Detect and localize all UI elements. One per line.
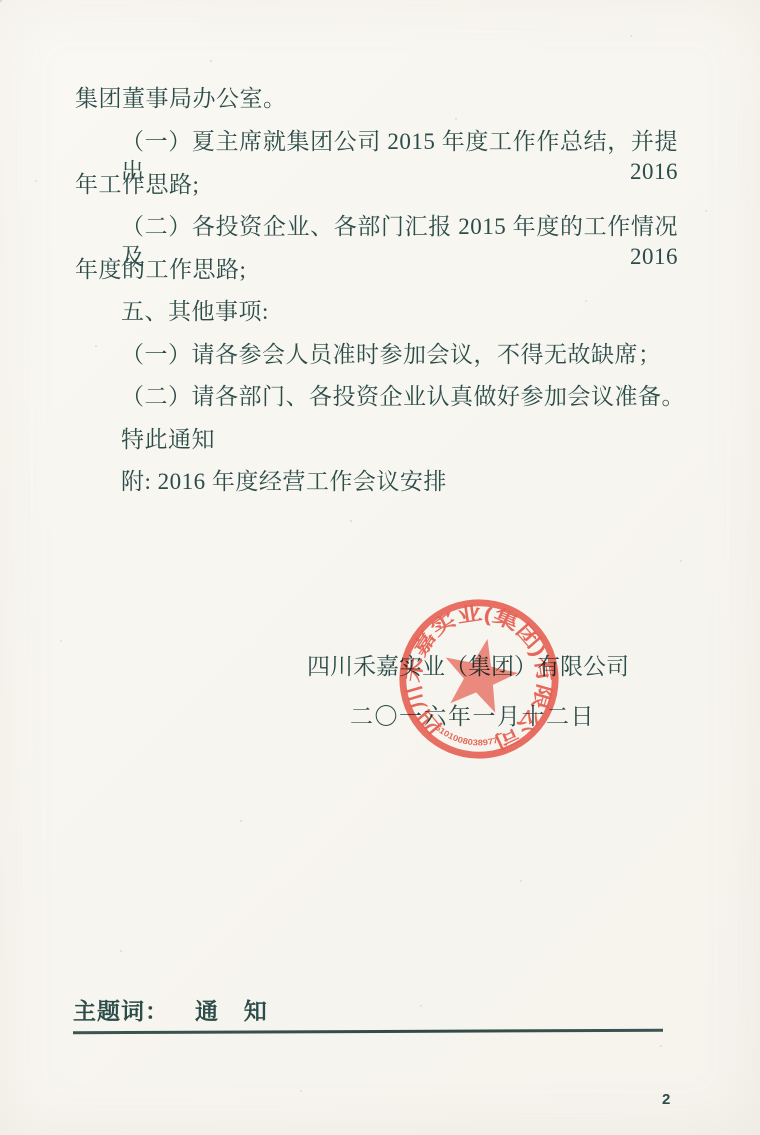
body-line: （二）请各部门、各投资企业认真做好参加会议准备。 xyxy=(121,382,685,412)
seal-star-icon xyxy=(437,631,524,716)
body-line: 附: 2016 年度经营工作会议安排 xyxy=(121,467,447,497)
body-line: 年工作思路; xyxy=(75,170,199,200)
body-line: 特此通知 xyxy=(121,425,215,455)
body-line: 年度的工作思路; xyxy=(75,255,246,285)
body-line: （一）夏主席就集团公司 2015 年度工作作总结，并提出 2016 xyxy=(121,127,678,187)
page-number: 2 xyxy=(662,1091,670,1108)
subject-word-row: 主题词：通 知 xyxy=(73,993,277,1026)
body-line: （一）请各参会人员准时参加会议，不得无故缺席； xyxy=(121,340,662,370)
subject-word-label: 主题词： xyxy=(73,999,169,1024)
body-line: 集团董事局办公室。 xyxy=(75,84,287,114)
company-seal-stamp: 四川禾嘉实业(集团)有限公司 5101008038977 xyxy=(396,596,562,762)
footer-divider-line xyxy=(73,1029,663,1035)
body-line: 五、其他事项: xyxy=(121,297,269,327)
scanned-notice-page: 集团董事局办公室。 （一）夏主席就集团公司 2015 年度工作作总结，并提出 2… xyxy=(0,0,760,1135)
subject-word-value: 通 知 xyxy=(195,999,277,1024)
scan-noise xyxy=(0,0,2,2)
